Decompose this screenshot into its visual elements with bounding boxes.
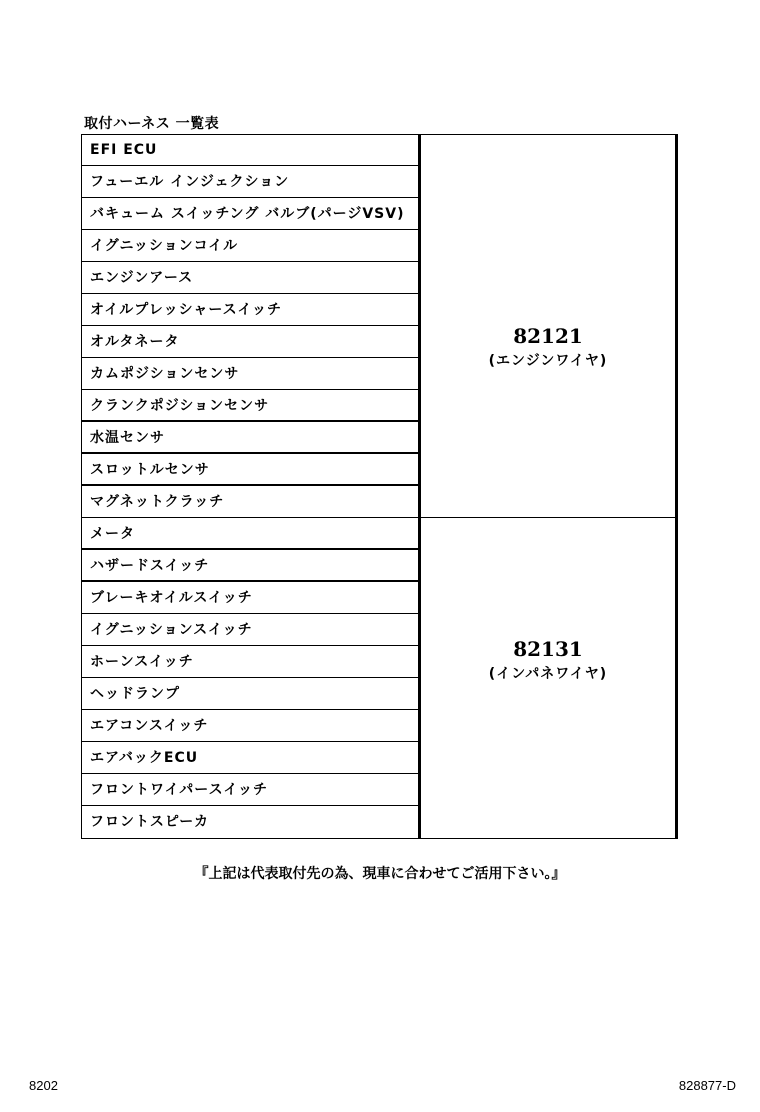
harness-name: (エンジンワイヤ) bbox=[421, 350, 675, 370]
table-row: フロントスピーカ bbox=[82, 806, 419, 838]
table-row: フューエル インジェクション bbox=[82, 166, 419, 198]
harness-group-engine: 82121 (エンジンワイヤ) bbox=[421, 324, 675, 370]
column-divider bbox=[418, 134, 421, 839]
table-row: EFI ECU bbox=[82, 134, 419, 166]
footer-doc-number: 828877-D bbox=[679, 1078, 736, 1093]
page-title: 取付ハーネス 一覧表 bbox=[84, 113, 219, 133]
table-row: エアバックECU bbox=[82, 742, 419, 774]
table-row: オイルプレッシャースイッチ bbox=[82, 294, 419, 326]
table-row: イグニッションコイル bbox=[82, 230, 419, 262]
table-row: バキューム スイッチング バルブ(パージVSV) bbox=[82, 198, 419, 230]
table-bottom-border bbox=[81, 838, 678, 839]
table-row: フロントワイパースイッチ bbox=[82, 774, 419, 806]
harness-group-instrument-panel: 82131 (インパネワイヤ) bbox=[421, 637, 675, 683]
table-row: 水温センサ bbox=[82, 422, 419, 454]
harness-code: 82131 bbox=[421, 637, 675, 661]
table-row: イグニッションスイッチ bbox=[82, 614, 419, 646]
table-row: マグネットクラッチ bbox=[82, 486, 419, 518]
table-row: エアコンスイッチ bbox=[82, 710, 419, 742]
group-divider bbox=[418, 517, 678, 518]
table-row: ハザードスイッチ bbox=[82, 550, 419, 582]
table-row: エンジンアース bbox=[82, 262, 419, 294]
table-row: ヘッドランプ bbox=[82, 678, 419, 710]
harness-code: 82121 bbox=[421, 324, 675, 348]
component-column: EFI ECU フューエル インジェクション バキューム スイッチング バルブ(… bbox=[81, 134, 419, 839]
harness-name: (インパネワイヤ) bbox=[421, 663, 675, 683]
table-row: クランクポジションセンサ bbox=[82, 390, 419, 422]
table-right-border bbox=[675, 134, 678, 839]
footer-page-code: 8202 bbox=[29, 1078, 58, 1093]
harness-table: EFI ECU フューエル インジェクション バキューム スイッチング バルブ(… bbox=[81, 134, 678, 839]
table-row: カムポジションセンサ bbox=[82, 358, 419, 390]
table-row: オルタネータ bbox=[82, 326, 419, 358]
table-row: ホーンスイッチ bbox=[82, 646, 419, 678]
table-row: ブレーキオイルスイッチ bbox=[82, 582, 419, 614]
table-row: スロットルセンサ bbox=[82, 454, 419, 486]
table-row: メータ bbox=[82, 518, 419, 550]
usage-note: 『上記は代表取付先の為、現車に合わせてご活用下さい。』 bbox=[0, 863, 760, 883]
